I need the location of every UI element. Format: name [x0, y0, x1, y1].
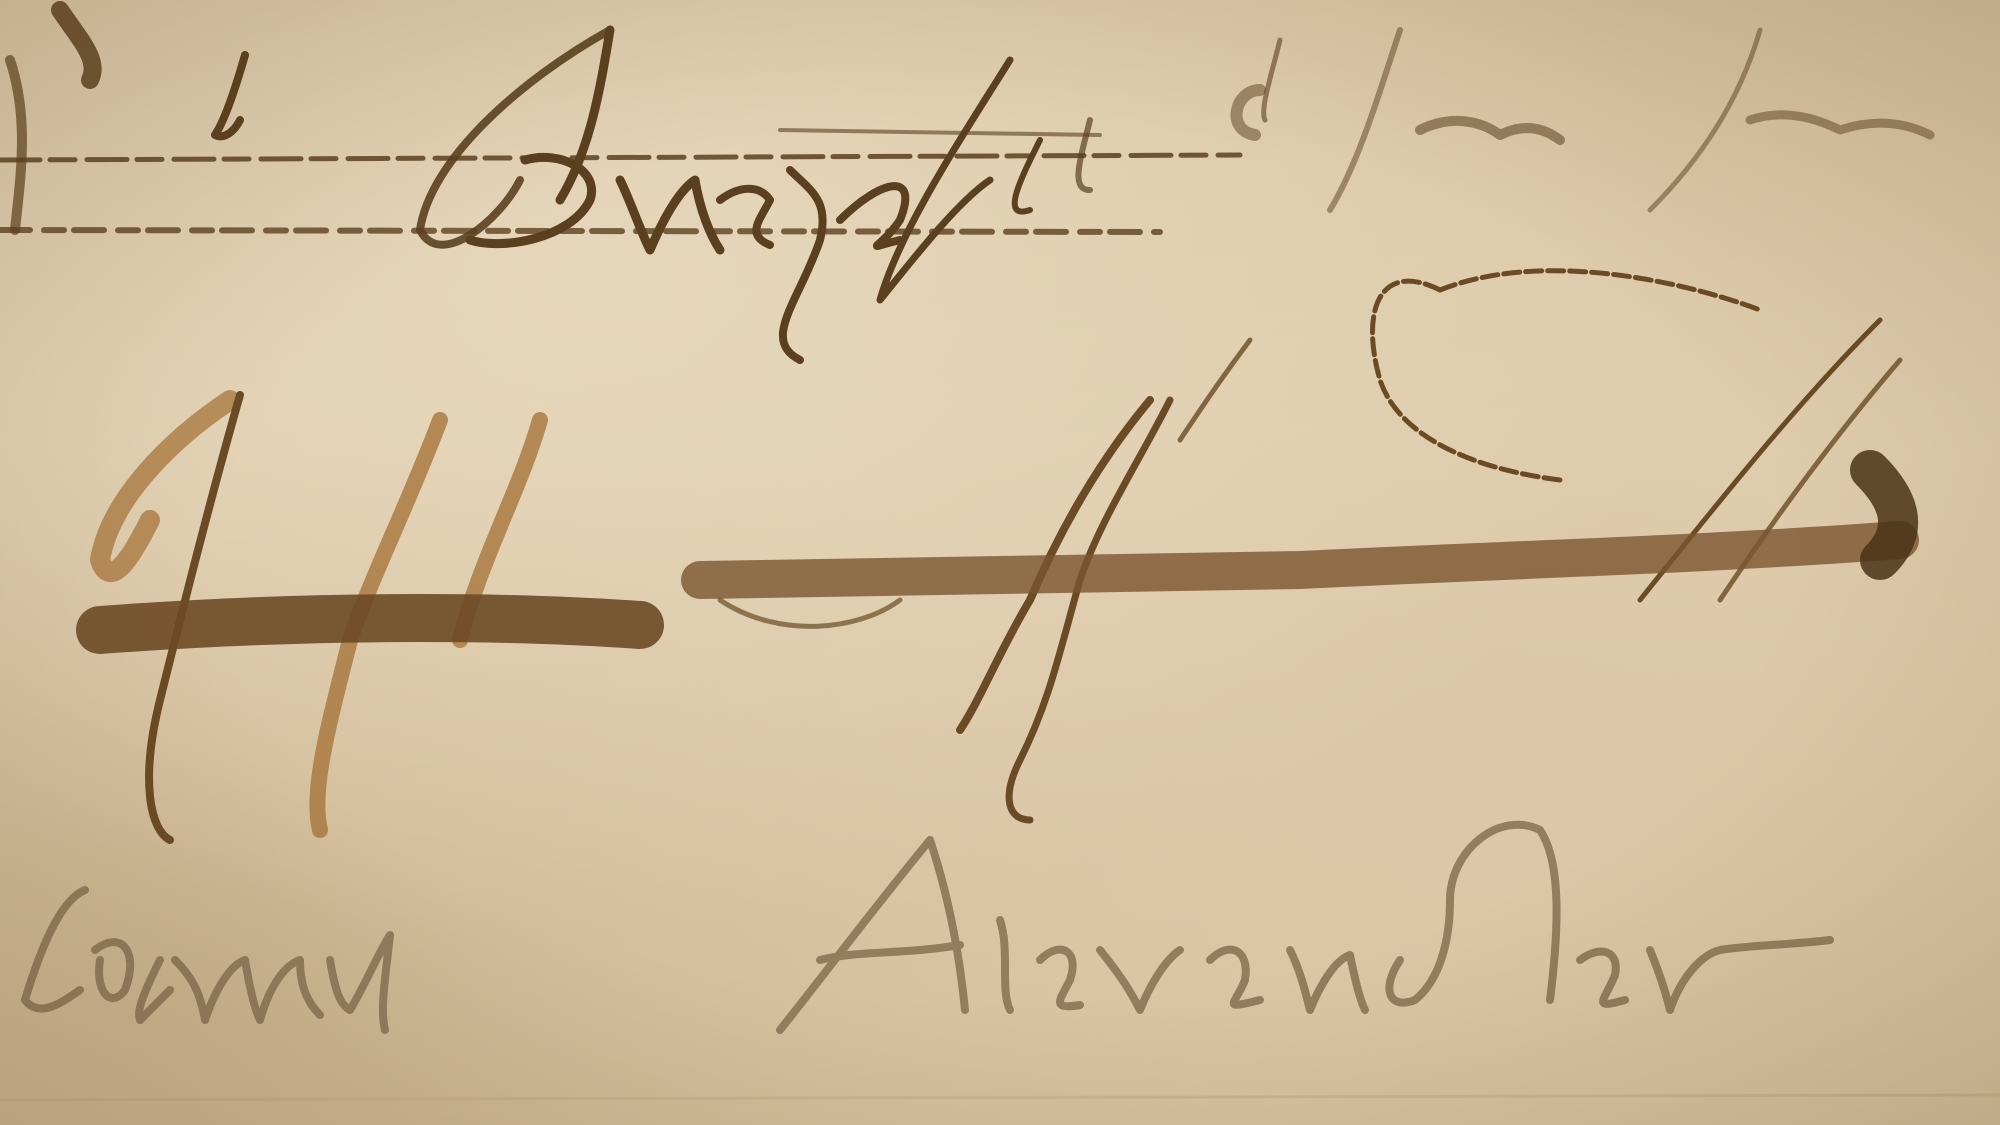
line-2-joshua-reynolds	[100, 271, 1900, 840]
line-1-burgess	[0, 10, 1930, 360]
handwriting-ink	[0, 0, 2000, 1125]
line-3-cosmus-alexander	[25, 825, 1830, 1030]
paper-fold	[0, 1095, 2000, 1100]
manuscript-photo: ...ho Burgess ... Jones Joshua Reynolds …	[0, 0, 2000, 1125]
